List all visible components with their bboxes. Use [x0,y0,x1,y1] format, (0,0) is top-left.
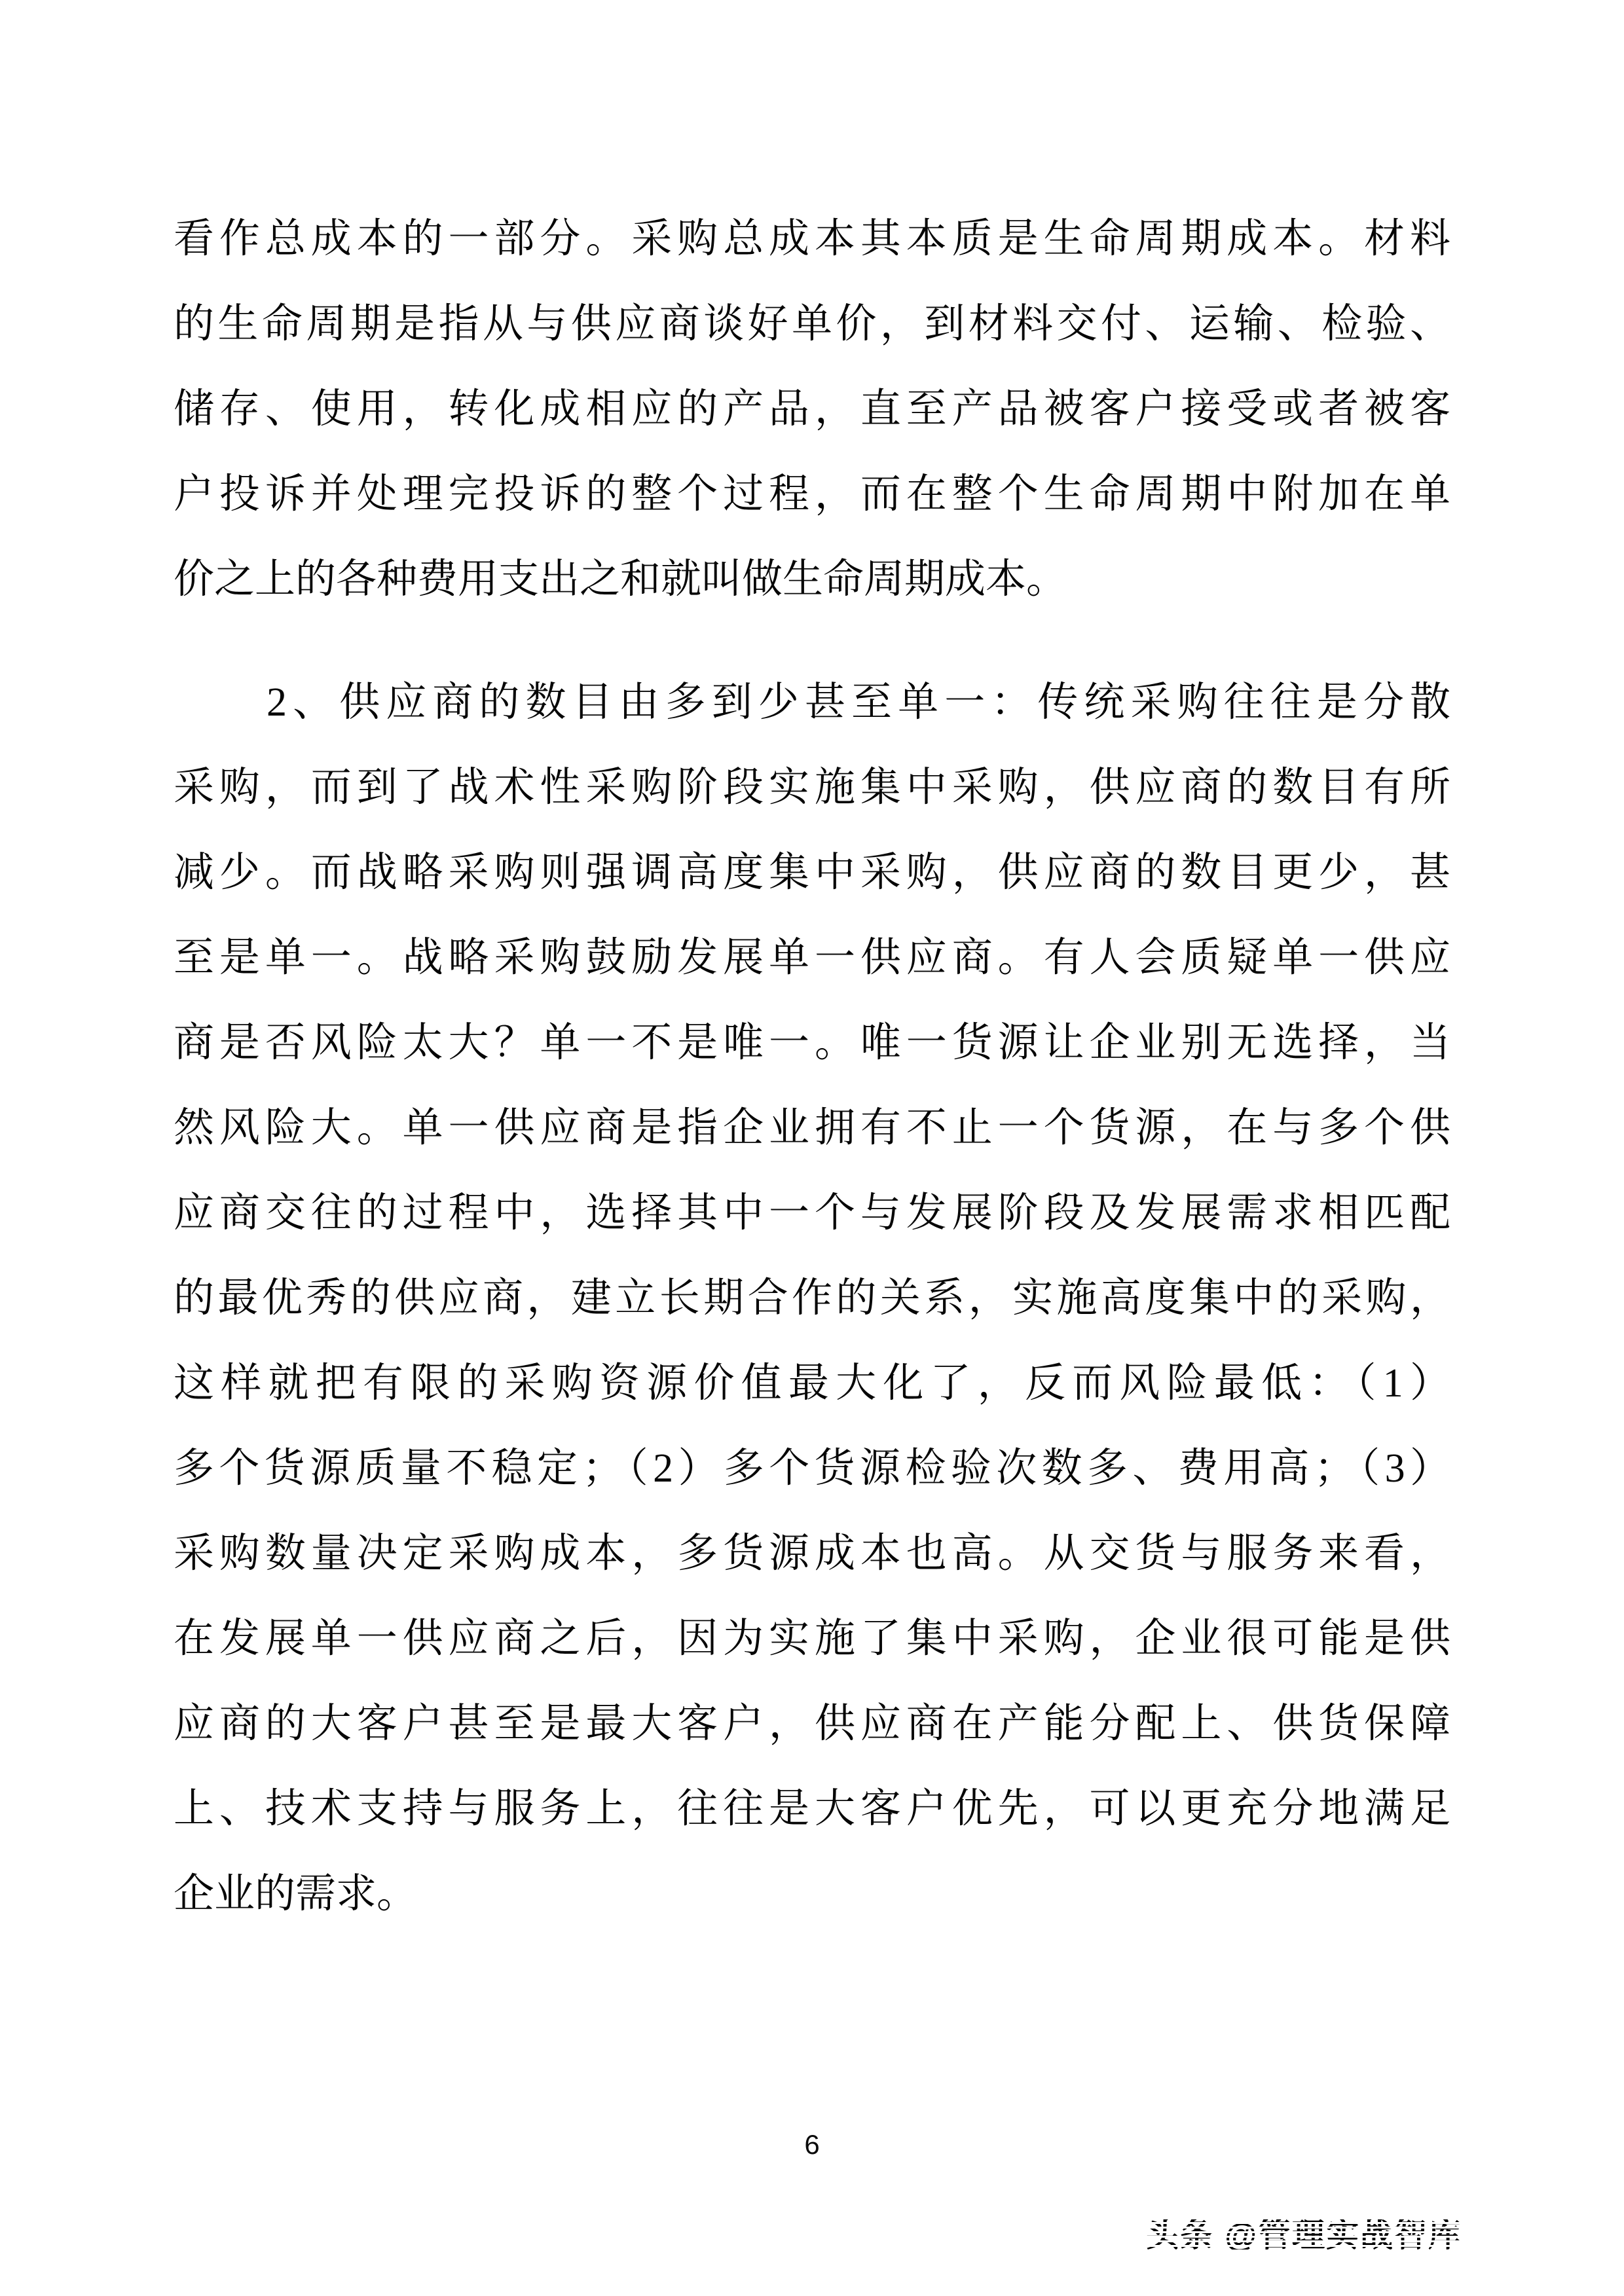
text-line: 的生命周期是指从与供应商谈好单价，到材料交付、运输、检验、 [174,282,1450,367]
text-line: 多个货源质量不稳定；（2）多个货源检验次数多、费用高；（3） [174,1426,1450,1511]
text-line: 至是单一。战略采购鼓励发展单一供应商。有人会质疑单一供应 [174,915,1450,1000]
text-line: 2、供应商的数目由多到少甚至单一：传统采购往往是分散 [174,660,1450,745]
paragraph: 2、供应商的数目由多到少甚至单一：传统采购往往是分散采购，而到了战术性采购阶段实… [174,660,1450,1937]
text-line: 价之上的各种费用支出之和就叫做生命周期成本。 [174,537,1450,622]
text-line: 看作总成本的一部分。采购总成本其本质是生命周期成本。材料 [174,196,1450,282]
text-line: 储存、使用，转化成相应的产品，直至产品被客户接受或者被客 [174,367,1450,452]
text-line: 减少。而战略采购则强调高度集中采购，供应商的数目更少，甚 [174,830,1450,915]
text-line: 应商交往的过程中，选择其中一个与发展阶段及发展需求相匹配 [174,1171,1450,1256]
text-line: 这样就把有限的采购资源价值最大化了，反而风险最低：（1） [174,1341,1450,1426]
watermark: 头条 @管理实战智库 [1146,2215,1462,2255]
text-line: 应商的大客户甚至是最大客户，供应商在产能分配上、供货保障 [174,1681,1450,1766]
body-text: 看作总成本的一部分。采购总成本其本质是生命周期成本。材料的生命周期是指从与供应商… [174,196,1450,1975]
text-line: 户投诉并处理完投诉的整个过程，而在整个生命周期中附加在单 [174,452,1450,537]
text-line: 上、技术支持与服务上，往往是大客户优先，可以更充分地满足 [174,1766,1450,1851]
text-line: 企业的需求。 [174,1851,1450,1937]
text-line: 然风险大。单一供应商是指企业拥有不止一个货源，在与多个供 [174,1085,1450,1171]
text-line: 在发展单一供应商之后，因为实施了集中采购，企业很可能是供 [174,1596,1450,1681]
paragraph: 看作总成本的一部分。采购总成本其本质是生命周期成本。材料的生命周期是指从与供应商… [174,196,1450,622]
text-line: 采购，而到了战术性采购阶段实施集中采购，供应商的数目有所 [174,745,1450,830]
page-number: 6 [0,2129,1624,2160]
document-page: 看作总成本的一部分。采购总成本其本质是生命周期成本。材料的生命周期是指从与供应商… [0,0,1624,2296]
text-line: 的最优秀的供应商，建立长期合作的关系，实施高度集中的采购， [174,1256,1450,1341]
text-line: 采购数量决定采购成本，多货源成本也高。从交货与服务来看， [174,1511,1450,1596]
text-line: 商是否风险太大？单一不是唯一。唯一货源让企业别无选择，当 [174,1000,1450,1085]
